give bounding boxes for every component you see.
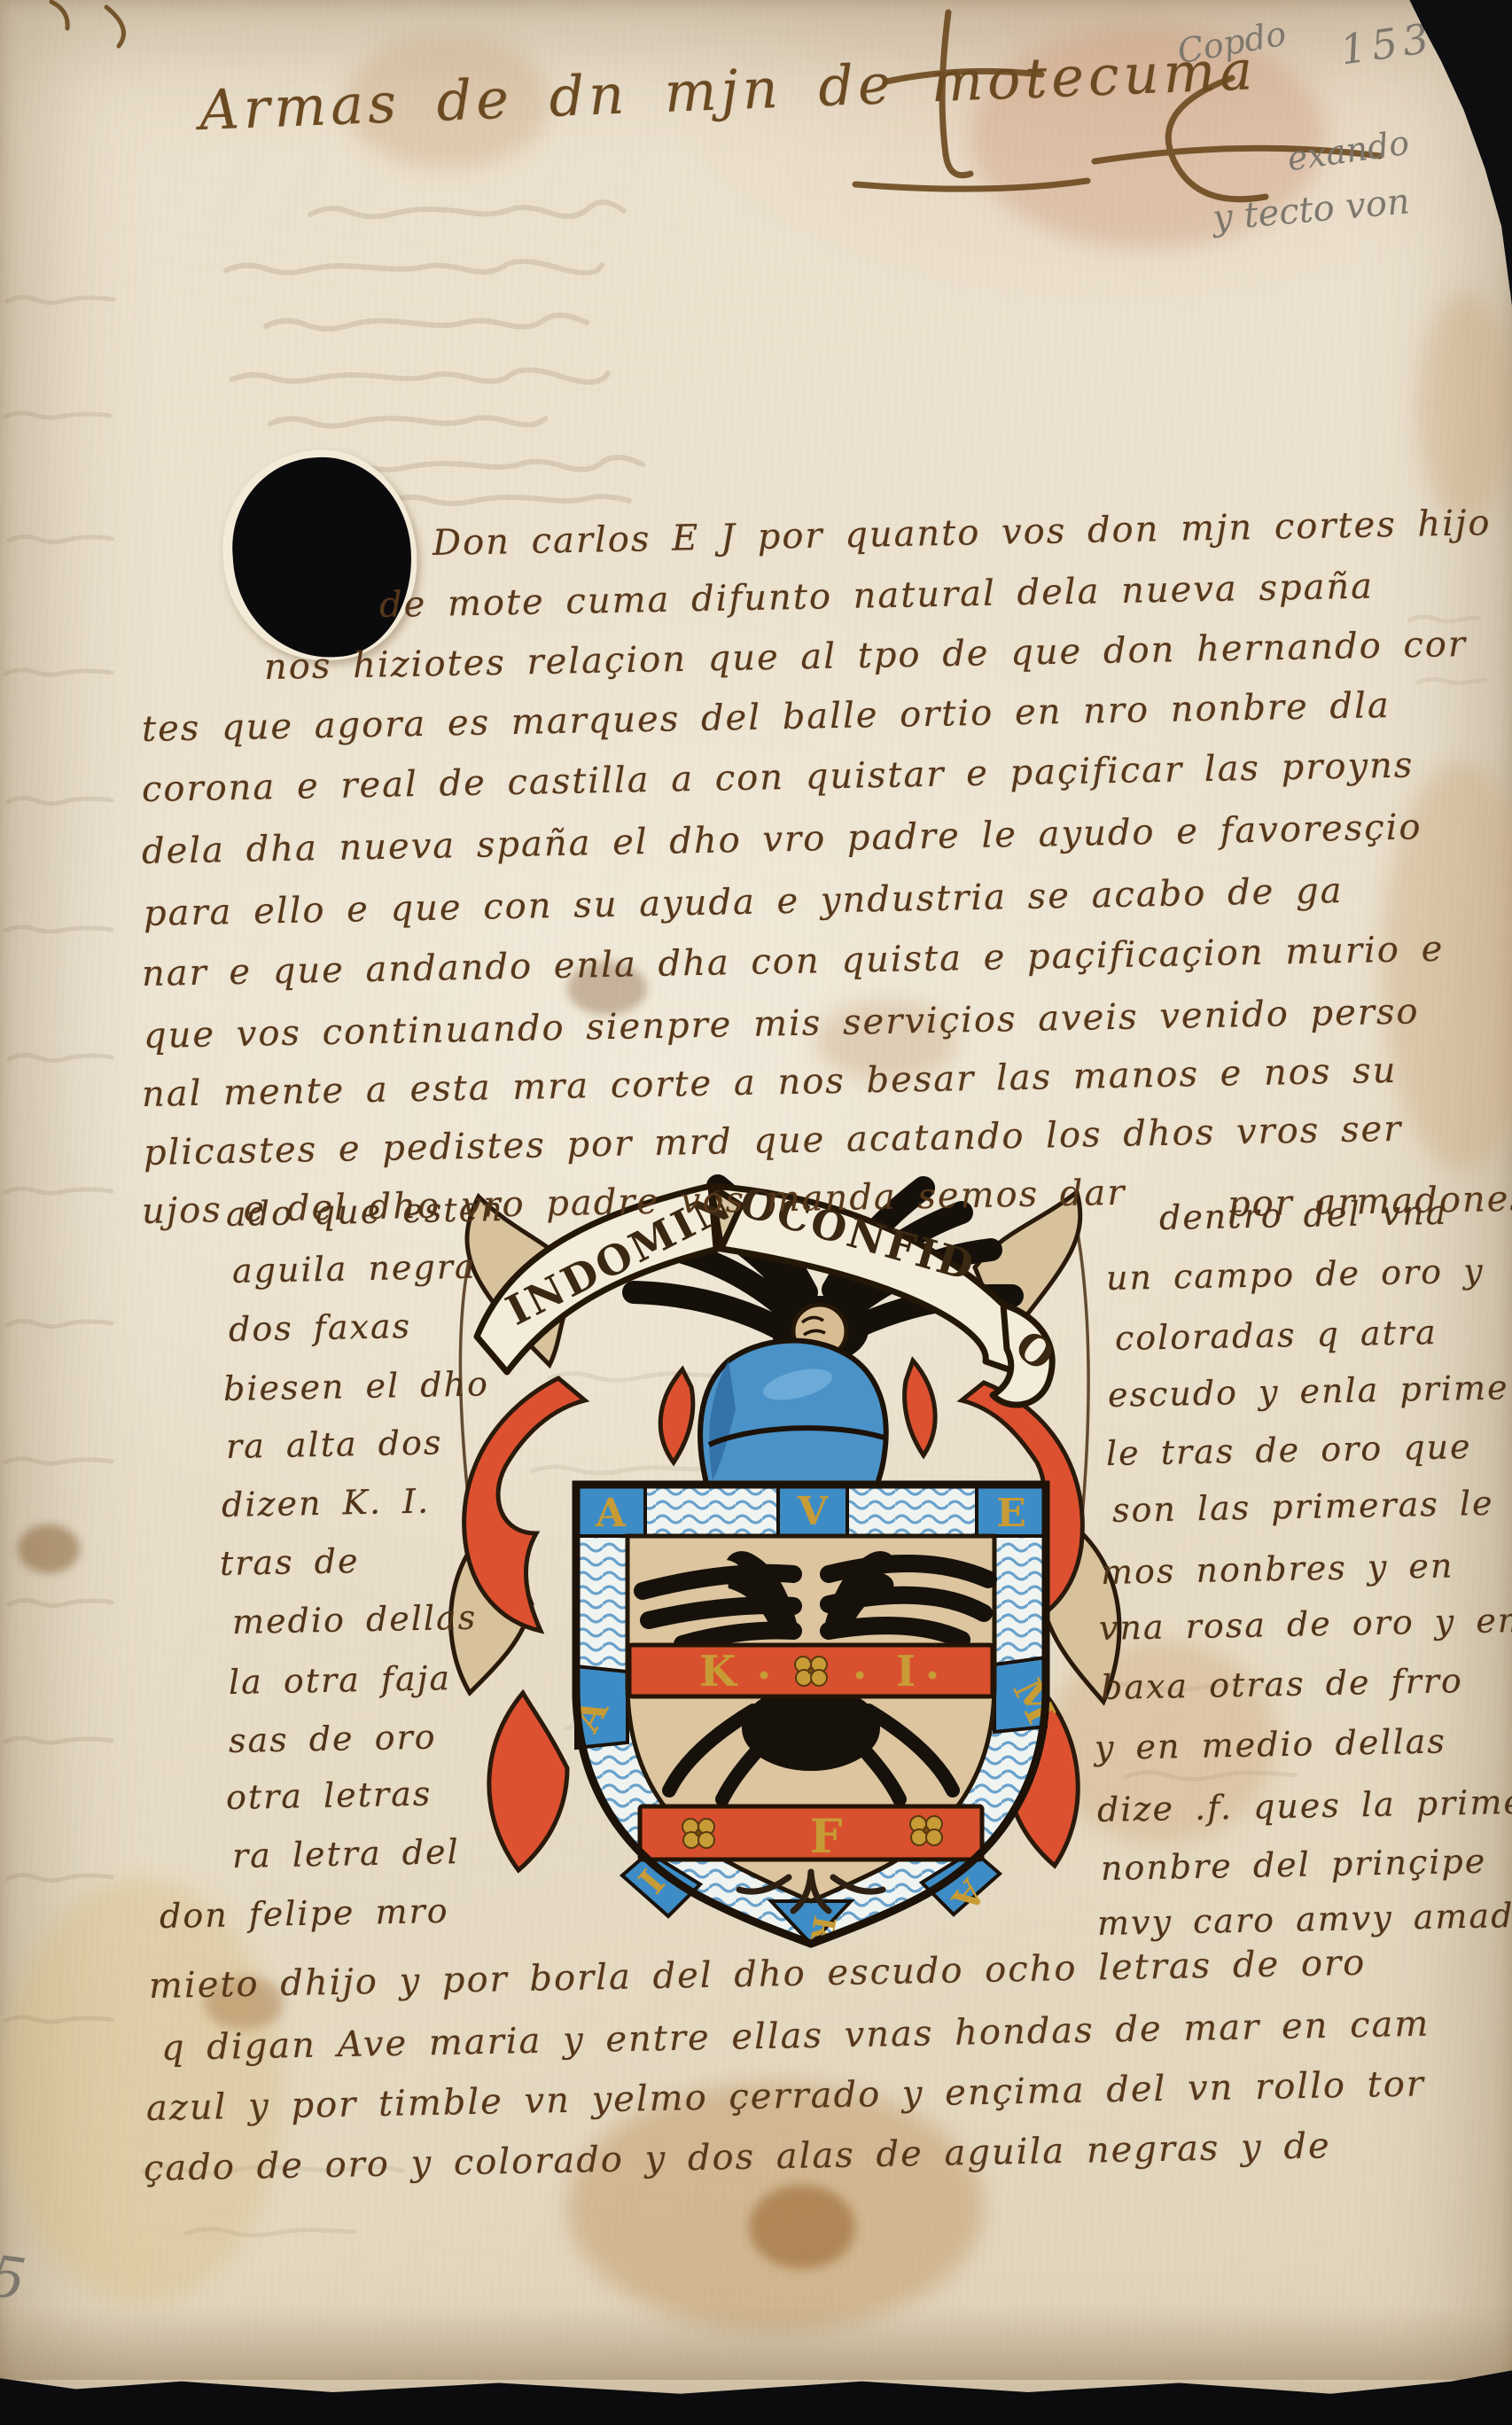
bordure-letter: V	[797, 1489, 829, 1534]
right-column-line: mvy caro amvy amado	[1097, 1895, 1512, 1943]
fess-letter-I: I	[896, 1647, 916, 1696]
right-column-line: le tras de oro que	[1106, 1427, 1472, 1473]
left-column-line: ado que esten	[226, 1189, 504, 1234]
page-bottom-shadow	[0, 2304, 1512, 2380]
right-column-line: un campo de oro y	[1106, 1251, 1485, 1298]
left-column-line: ra alta dos	[226, 1423, 443, 1466]
left-column-line: medio dellas	[232, 1598, 478, 1641]
margin-mark	[106, 7, 124, 46]
right-column-line: vna rosa de oro y en	[1099, 1601, 1512, 1648]
right-column-line: dize .f. ques la prime	[1097, 1782, 1512, 1829]
left-column-line: don felipe mro	[160, 1891, 449, 1936]
right-column-line: escudo y enla prime	[1108, 1368, 1509, 1415]
shield: A V E A M I A R	[563, 1485, 1063, 1945]
left-column-line: ra letra del	[232, 1832, 460, 1875]
left-column-line: dos faxas	[229, 1306, 412, 1349]
right-column-line: baxa otras de frro	[1101, 1661, 1464, 1707]
right-column-line: y en medio dellas	[1095, 1721, 1447, 1767]
manuscript-page: INDOMIN OCONFID O	[0, 0, 1512, 2425]
bordure-letter: E	[996, 1491, 1026, 1536]
fess-letter-K: K	[699, 1647, 738, 1696]
right-column-line: son las primeras le	[1112, 1484, 1494, 1530]
left-column-line: biesen el dho	[223, 1364, 490, 1408]
right-column-line: dentro del vna	[1159, 1193, 1448, 1237]
left-column-line: la otra faja	[229, 1658, 452, 1702]
left-column-line: aguila negra	[232, 1247, 477, 1290]
left-column-line: tras de	[220, 1541, 360, 1583]
margin-mark	[51, 2, 67, 28]
bordure-letter: A	[595, 1491, 627, 1536]
left-column-line: sas de oro	[229, 1718, 437, 1760]
right-column-line: nonbre del prinçipe	[1101, 1842, 1487, 1888]
title-underline	[855, 181, 1087, 189]
left-column-line: dizen K. I.	[222, 1481, 431, 1524]
fess-letter-F: F	[810, 1810, 843, 1864]
left-column-line: otra letras	[226, 1774, 433, 1817]
right-column-line: mos nonbres y en	[1101, 1546, 1454, 1592]
right-column-line: coloradas q atra	[1115, 1313, 1438, 1358]
coat-of-arms: INDOMIN OCONFID O	[417, 1143, 1143, 1959]
